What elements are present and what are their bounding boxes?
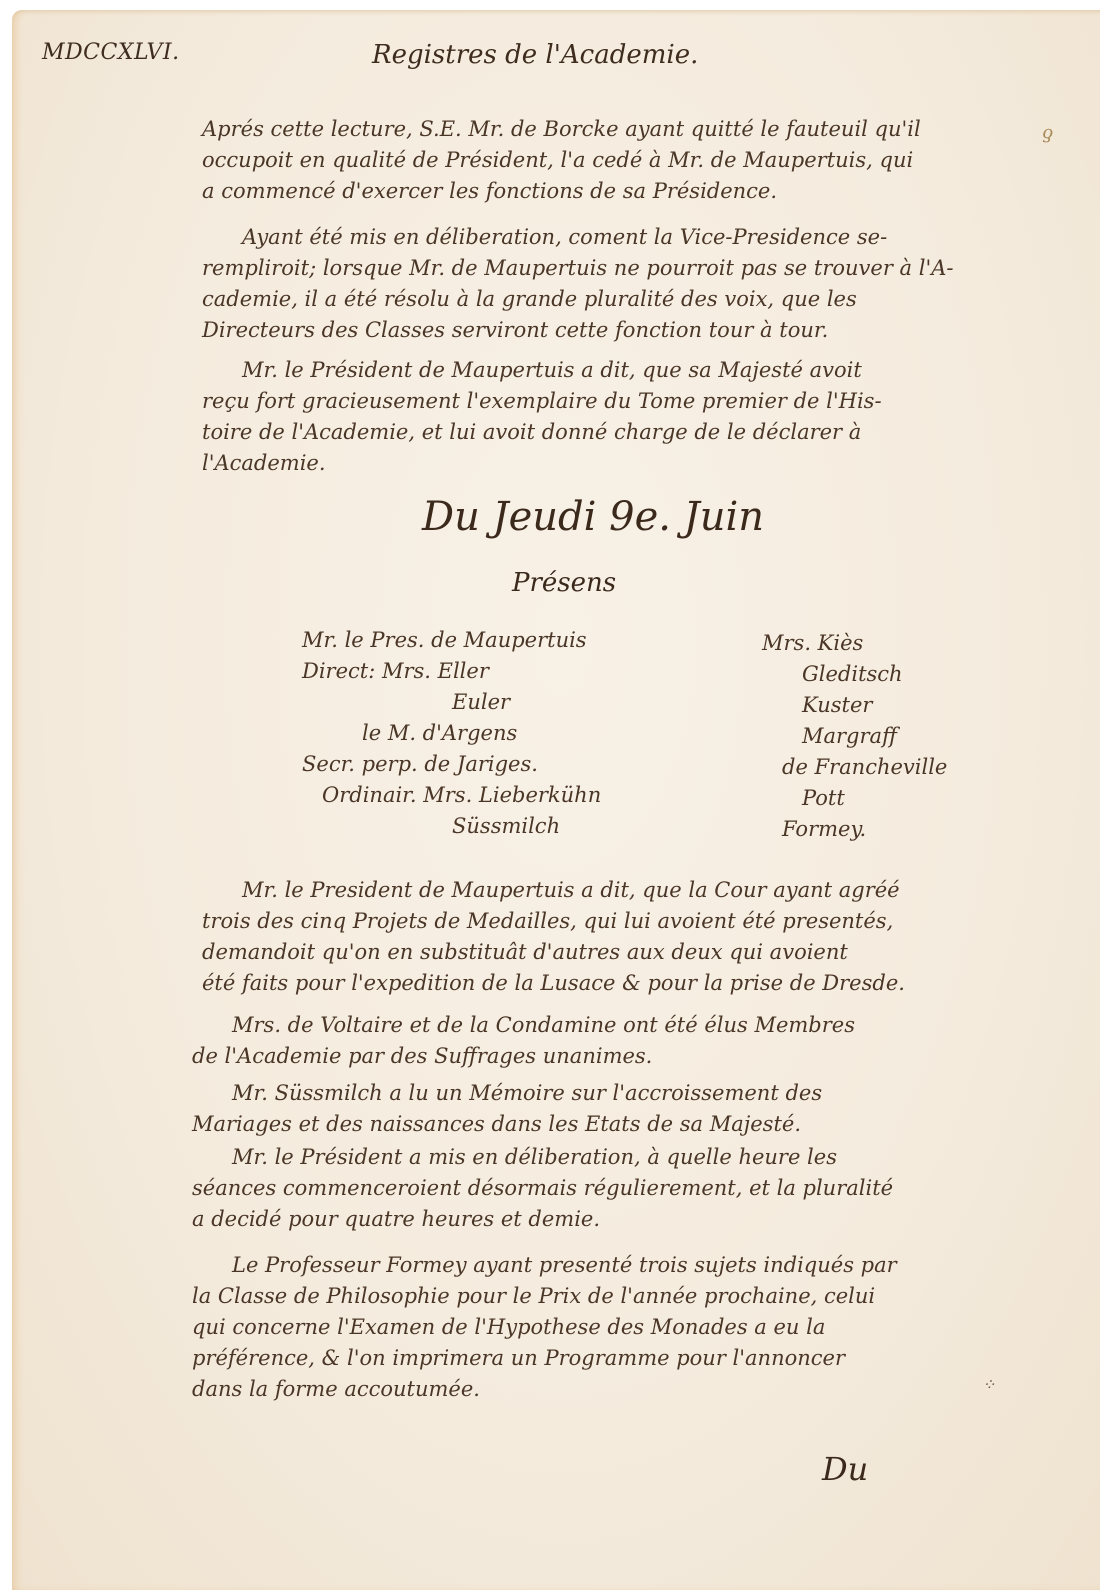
attendee: Mrs. Kiès: [762, 628, 947, 659]
text-line: occupoit en qualité de Président, l'a ce…: [202, 145, 1022, 176]
attendee: Kuster: [762, 690, 947, 721]
text-line: Mr. le Président a mis en déliberation, …: [192, 1142, 1012, 1173]
paragraph-8: Le Professeur Formey ayant presenté troi…: [192, 1250, 1012, 1405]
text-line: trois des cinq Projets de Medailles, qui…: [202, 906, 1022, 937]
running-head: Registres de l'Academie.: [372, 40, 698, 70]
attendee: Pott: [762, 783, 947, 814]
text-line: été faits pour l'expedition de la Lusace…: [202, 968, 1022, 999]
text-line: rempliroit; lorsque Mr. de Maupertuis ne…: [202, 253, 1022, 284]
attendees-right-column: Mrs. Kiès Gleditsch Kuster Margraff de F…: [762, 628, 947, 845]
text-line: qui concerne l'Examen de l'Hypothese des…: [192, 1312, 1012, 1343]
paragraph-4: Mr. le President de Maupertuis a dit, qu…: [202, 875, 1022, 999]
paragraph-5: Mrs. de Voltaire et de la Condamine ont …: [192, 1010, 1012, 1072]
text-line: la Classe de Philosophie pour le Prix de…: [192, 1281, 1012, 1312]
attendees-left-column: Mr. le Pres. de Maupertuis Direct: Mrs. …: [302, 625, 601, 842]
text-line: a decidé pour quatre heures et demie.: [192, 1204, 1012, 1235]
text-line: l'Academie.: [202, 448, 1022, 479]
attendee: Secr. perp. de Jariges.: [302, 749, 601, 780]
text-line: séances commenceroient désormais régulie…: [192, 1173, 1012, 1204]
text-line: Mr. le President de Maupertuis a dit, qu…: [202, 875, 1022, 906]
text-line: Directeurs des Classes serviront cette f…: [202, 315, 1022, 346]
text-line: cademie, il a été résolu à la grande plu…: [202, 284, 1022, 315]
attendee: le M. d'Argens: [302, 718, 601, 749]
text-line: Mrs. de Voltaire et de la Condamine ont …: [192, 1010, 1012, 1041]
attendee: Formey.: [762, 814, 947, 845]
text-line: reçu fort gracieusement l'exemplaire du …: [202, 386, 1022, 417]
attendee: Süssmilch: [302, 811, 601, 842]
paragraph-3: Mr. le Président de Maupertuis a dit, qu…: [202, 355, 1022, 479]
text-line: Mariages et des naissances dans les Etat…: [192, 1109, 1012, 1140]
text-line: Mr. Süssmilch a lu un Mémoire sur l'accr…: [192, 1078, 1012, 1109]
attendee: Ordinair. Mrs. Lieberkühn: [302, 780, 601, 811]
text-line: dans la forme accoutumée.: [192, 1374, 1012, 1405]
text-line: Ayant été mis en déliberation, coment la…: [202, 222, 1022, 253]
margin-dots: ⁘: [982, 1375, 995, 1394]
manuscript-page: MDCCXLVI. Registres de l'Academie. ƍ Apr…: [12, 10, 1100, 1579]
attendee: Direct: Mrs. Eller: [302, 656, 601, 687]
text-line: toire de l'Academie, et lui avoit donné …: [202, 417, 1022, 448]
paragraph-1: Aprés cette lecture, S.E. Mr. de Borcke …: [202, 114, 1022, 207]
attendee: Mr. le Pres. de Maupertuis: [302, 625, 601, 656]
catchword: Du: [822, 1450, 868, 1488]
paragraph-7: Mr. le Président a mis en déliberation, …: [192, 1142, 1012, 1235]
attendee: de Francheville: [762, 752, 947, 783]
presens-label: Présens: [512, 568, 616, 598]
text-line: Mr. le Président de Maupertuis a dit, qu…: [202, 355, 1022, 386]
session-title: Du Jeudi 9e. Juin: [422, 494, 764, 540]
text-line: Le Professeur Formey ayant presenté troi…: [192, 1250, 1012, 1281]
margin-mark: ƍ: [1042, 122, 1053, 143]
text-line: demandoit qu'on en substituât d'autres a…: [202, 937, 1022, 968]
text-line: a commencé d'exercer les fonctions de sa…: [202, 176, 1022, 207]
year-heading: MDCCXLVI.: [42, 40, 180, 65]
attendee: Euler: [302, 687, 601, 718]
attendee: Margraff: [762, 721, 947, 752]
paragraph-2: Ayant été mis en déliberation, coment la…: [202, 222, 1022, 346]
text-line: Aprés cette lecture, S.E. Mr. de Borcke …: [202, 114, 1022, 145]
paragraph-6: Mr. Süssmilch a lu un Mémoire sur l'accr…: [192, 1078, 1012, 1140]
text-line: de l'Academie par des Suffrages unanimes…: [192, 1041, 1012, 1072]
attendee: Gleditsch: [762, 659, 947, 690]
text-line: préférence, & l'on imprimera un Programm…: [192, 1343, 1012, 1374]
